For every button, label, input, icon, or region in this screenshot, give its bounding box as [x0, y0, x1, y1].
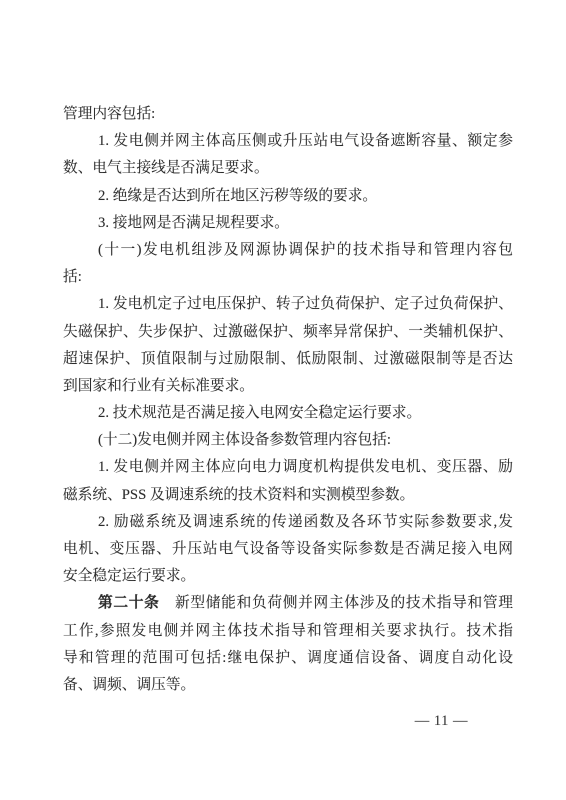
text-line: 到国家和行业有关标准要求。: [63, 373, 513, 400]
document-page: 管理内容包括: 1. 发电侧并网主体高压侧或升压站电气设备遮断容量、额定参 数、…: [0, 0, 566, 800]
text-line: 3. 接地网是否满足规程要求。: [63, 210, 513, 237]
text-line: 安全稳定运行要求。: [63, 563, 513, 590]
document-body: 管理内容包括: 1. 发电侧并网主体高压侧或升压站电气设备遮断容量、额定参 数、…: [63, 101, 513, 699]
text-line: 1. 发电机定子过电压保护、转子过负荷保护、定子过负荷保护、: [63, 291, 513, 318]
section-12-heading-line: (十二)发电侧并网主体设备参数管理内容包括:: [63, 427, 513, 454]
text-line: 导和管理的范围可包括:继电保护、调度通信设备、调度自动化设: [63, 645, 513, 672]
text-line: 2. 绝缘是否达到所在地区污秽等级的要求。: [63, 183, 513, 210]
page-number: — 11 —: [415, 711, 468, 731]
text-line: 数、电气主接线是否满足要求。: [63, 155, 513, 182]
text-line: 超速保护、顶值限制与过励限制、低励限制、过激磁限制等是否达: [63, 346, 513, 373]
text-line: 2. 励磁系统及调速系统的传递函数及各环节实际参数要求,发: [63, 509, 513, 536]
text-line: 括:: [63, 264, 513, 291]
text-line: 1. 发电侧并网主体应向电力调度机构提供发电机、变压器、励: [63, 454, 513, 481]
text-line: 电机、变压器、升压站电气设备等设备实际参数是否满足接入电网: [63, 536, 513, 563]
text-run: 新型储能和负荷侧并网主体涉及的技术指导和管理: [160, 595, 513, 611]
text-line: 2. 技术规范是否满足接入电网安全稳定运行要求。: [63, 400, 513, 427]
text-line: 失磁保护、失步保护、过激磁保护、频率异常保护、一类辅机保护、: [63, 319, 513, 346]
text-line: 备、调频、调压等。: [63, 672, 513, 699]
text-line: 磁系统、PSS 及调速系统的技术资料和实测模型参数。: [63, 482, 513, 509]
section-11-heading-line: (十一)发电机组涉及网源协调保护的技术指导和管理内容包: [63, 237, 513, 264]
text-line: 工作,参照发电侧并网主体技术指导和管理相关要求执行。技术指: [63, 618, 513, 645]
article-20-line: 第二十条 新型储能和负荷侧并网主体涉及的技术指导和管理: [63, 590, 513, 617]
text-line: 管理内容包括:: [63, 101, 513, 128]
text-line: 1. 发电侧并网主体高压侧或升压站电气设备遮断容量、额定参: [63, 128, 513, 155]
article-20-number: 第二十条: [98, 595, 160, 611]
